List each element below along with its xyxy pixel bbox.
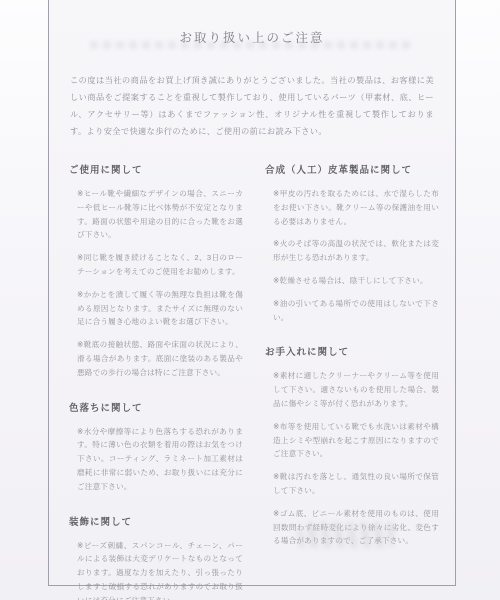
- section-items: ※甲皮の汚れを取るためには、水で湿らした布をお使い下さい。靴クリーム等の保護油を…: [265, 187, 439, 324]
- notice-item: ※水分や摩擦等により色落ちする恐れがあります。特に薄い色の衣類を着用の際はお気を…: [77, 425, 243, 494]
- section-items: ※水分や摩擦等により色落ちする恐れがあります。特に薄い色の衣類を着用の際はお気を…: [69, 425, 243, 494]
- notice-item: ※同じ靴を履き続けることなく、2、3日のローテーションを考えてのご使用をお勧めし…: [77, 251, 243, 279]
- notice-item: ※かかとを潰して履く等の無理な負担は靴を傷める原因となります。またサイズに無理の…: [77, 288, 243, 329]
- notice-item: ※靴底の接触状態、路面や床面の状況により、滑る場合があります。底面に塗装のある製…: [77, 338, 243, 379]
- notice-item: ※油の引いてある場所での使用はしないで下さい。: [273, 297, 439, 325]
- notice-item: ※甲皮の汚れを取るためには、水で湿らした布をお使い下さい。靴クリーム等の保護油を…: [273, 187, 439, 228]
- scanned-notice-page: お取り扱い上のご注意 この度は当社の商品をお買上げ頂き誠にありがとうございました…: [0, 0, 500, 600]
- notice-item: ※靴は汚れを落とし、通気性の良い場所で保管して下さい。: [273, 470, 439, 498]
- intro-paragraph: この度は当社の商品をお買上げ頂き誠にありがとうございました。当社の製品は、お客様…: [70, 72, 434, 140]
- notice-column-right: 合成（人工）皮革製品に関して ※甲皮の汚れを取るためには、水で湿らした布をお使い…: [265, 162, 439, 600]
- notice-item: ※素材に適したクリーナーやクリーム等を使用して下さい。適さないものを使用した場合…: [273, 369, 439, 410]
- notice-item: ※ビーズ刺繍、スパンコール、チェーン、パールによる装飾は大変デリケートなものとな…: [77, 539, 243, 600]
- notice-column-left: ご使用に関して ※ヒール靴や繊細なデザインの場合、スニーカーや低ヒール靴等に比べ…: [69, 162, 243, 600]
- notice-item: ※布等を使用している靴でも水洗いは素材や構造上シミや型崩れを起こす原因になります…: [273, 420, 439, 461]
- notice-section: 合成（人工）皮革製品に関して ※甲皮の汚れを取るためには、水で湿らした布をお使い…: [265, 162, 439, 324]
- notice-section: ご使用に関して ※ヒール靴や繊細なデザインの場合、スニーカーや低ヒール靴等に比べ…: [69, 162, 243, 380]
- section-heading: 合成（人工）皮革製品に関して: [265, 162, 439, 176]
- notice-section: 色落ちに関して ※水分や摩擦等により色落ちする恐れがあります。特に薄い色の衣類を…: [69, 400, 243, 494]
- section-items: ※ビーズ刺繍、スパンコール、チェーン、パールによる装飾は大変デリケートなものとな…: [69, 539, 243, 600]
- document-page: お取り扱い上のご注意 この度は当社の商品をお買上げ頂き誠にありがとうございました…: [48, 0, 456, 586]
- section-heading: 色落ちに関して: [69, 400, 243, 414]
- notice-item: ※火のそば等の高温の状況では、軟化または変形が生じる恐れがあります。: [273, 237, 439, 265]
- notice-columns: ご使用に関して ※ヒール靴や繊細なデザインの場合、スニーカーや低ヒール靴等に比べ…: [69, 162, 439, 600]
- notice-item: ※乾燥させる場合は、陰干しにして下さい。: [273, 274, 439, 288]
- notice-section: 装飾に関して ※ビーズ刺繍、スパンコール、チェーン、パールによる装飾は大変デリケ…: [69, 514, 243, 600]
- section-heading: 装飾に関して: [69, 514, 243, 528]
- notice-item: ※ゴム底、ビニール素材を使用のものは、使用回数問わず経時変化により徐々に劣化、変…: [273, 507, 439, 548]
- page-title: お取り扱い上のご注意: [49, 0, 455, 46]
- notice-section: お手入れに関して ※素材に適したクリーナーやクリーム等を使用して下さい。適さない…: [265, 344, 439, 548]
- section-items: ※ヒール靴や繊細なデザインの場合、スニーカーや低ヒール靴等に比べ体勢が不安定とな…: [69, 187, 243, 380]
- section-items: ※素材に適したクリーナーやクリーム等を使用して下さい。適さないものを使用した場合…: [265, 369, 439, 548]
- section-heading: ご使用に関して: [69, 162, 243, 176]
- section-heading: お手入れに関して: [265, 344, 439, 358]
- notice-item: ※ヒール靴や繊細なデザインの場合、スニーカーや低ヒール靴等に比べ体勢が不安定とな…: [77, 187, 243, 242]
